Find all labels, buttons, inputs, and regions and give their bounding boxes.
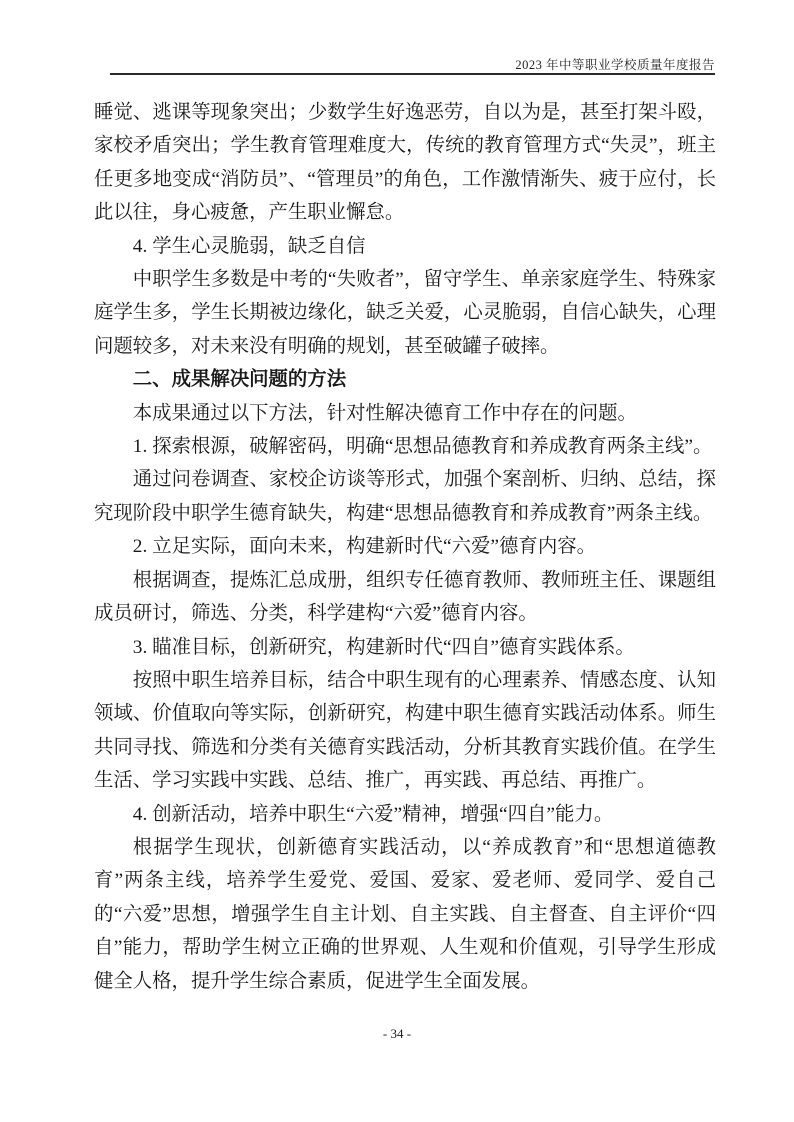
- paragraph: 按照中职生培养目标，结合中职生现有的心理素养、情感态度、认知领域、价值取向等实际…: [94, 664, 716, 798]
- header-rule: [110, 73, 715, 75]
- paragraph-continuation: 睡觉、逃课等现象突出；少数学生好逸恶劳，自以为是，甚至打架斗殴，家校矛盾突出；学…: [94, 96, 716, 230]
- paragraph: 中职学生多数是中考的“失败者”，留守学生、单亲家庭学生、特殊家庭学生多，学生长期…: [94, 263, 716, 363]
- page-number: - 34 -: [0, 1026, 794, 1042]
- paragraph: 根据学生现状，创新德育实践活动，以“养成教育”和“思想道德教育”两条主线，培养学…: [94, 831, 716, 998]
- section-heading-methods: 二、成果解决问题的方法: [94, 363, 716, 396]
- header-title: 2023 年中等职业学校质量年度报告: [515, 55, 715, 73]
- list-item-heading-4-innovate: 4. 创新活动，培养中职生“六爱”精神，增强“四自”能力。: [94, 798, 716, 831]
- paragraph: 本成果通过以下方法，针对性解决德育工作中存在的问题。: [94, 397, 716, 430]
- page-body: 睡觉、逃课等现象突出；少数学生好逸恶劳，自以为是，甚至打架斗殴，家校矛盾突出；学…: [94, 96, 716, 998]
- list-item-heading-3-aim: 3. 瞄准目标，创新研究，构建新时代“四自”德育实践体系。: [94, 631, 716, 664]
- paragraph: 通过问卷调查、家校企访谈等形式，加强个案剖析、归纳、总结，探究现阶段中职学生德育…: [94, 463, 716, 530]
- list-item-heading-1-explore: 1. 探索根源，破解密码，明确“思想品德教育和养成教育两条主线”。: [94, 430, 716, 463]
- document-page: 2023 年中等职业学校质量年度报告 睡觉、逃课等现象突出；少数学生好逸恶劳，自…: [0, 0, 794, 1122]
- paragraph: 根据调查，提炼汇总成册，组织专任德育教师、教师班主任、课题组成员研讨，筛选、分类…: [94, 564, 716, 631]
- list-item-heading-2-base: 2. 立足实际，面向未来，构建新时代“六爱”德育内容。: [94, 530, 716, 563]
- list-item-heading-4-students: 4. 学生心灵脆弱，缺乏自信: [94, 230, 716, 263]
